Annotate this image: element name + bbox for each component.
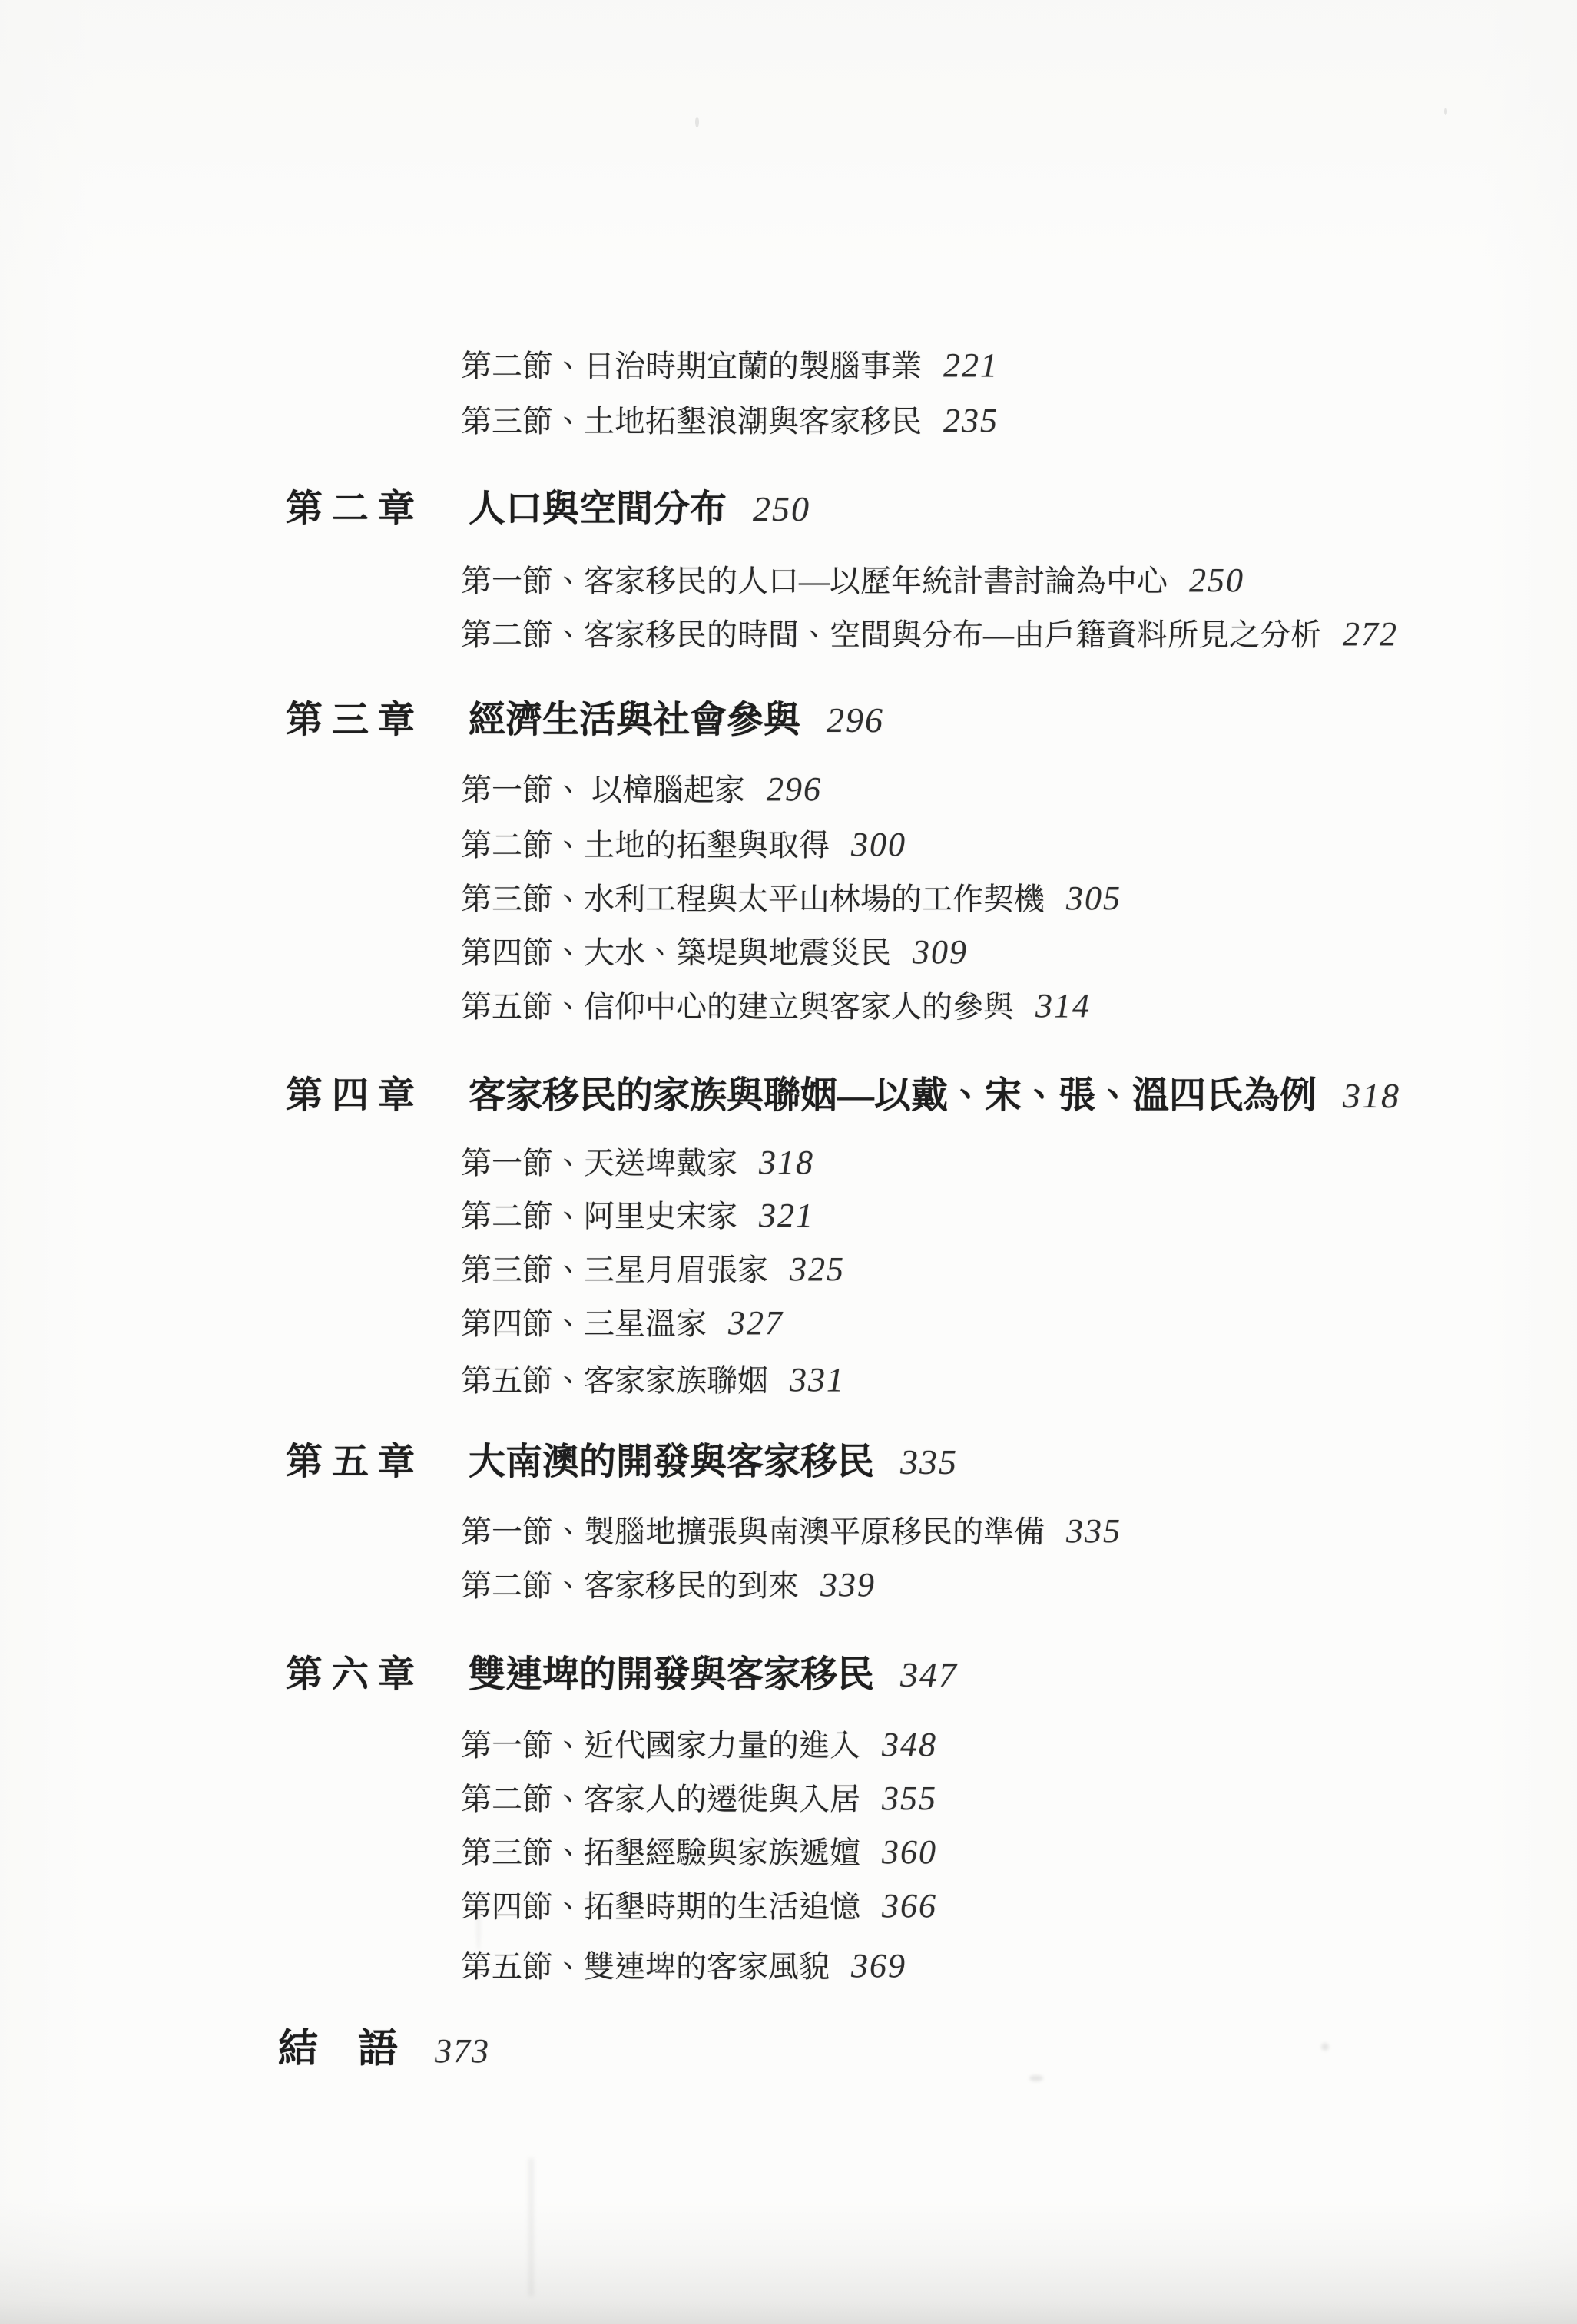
section-title: 第三節、水利工程與太平山林場的工作契機 bbox=[461, 883, 1045, 915]
section-title: 第一節、客家移民的人口—以歷年統計書討論為中心 bbox=[461, 565, 1168, 598]
conclusion-title: 結 語 bbox=[278, 2029, 398, 2071]
section-title: 第三節、三星月眉張家 bbox=[461, 1254, 768, 1286]
toc-chapter-row: 第五章大南澳的開發與客家移民335 bbox=[0, 1443, 1577, 1481]
page-number: 318 bbox=[1343, 1078, 1400, 1114]
section-title: 第四節、三星溫家 bbox=[461, 1308, 707, 1340]
chapter-title: 人口與空間分布 bbox=[469, 490, 727, 528]
chapter-number-label: 第五章 bbox=[286, 1443, 424, 1481]
toc-section-row: 第五節、客家家族聯姻331 bbox=[0, 1362, 1577, 1398]
page-number: 235 bbox=[943, 403, 999, 439]
section-title: 第四節、拓墾時期的生活追憶 bbox=[461, 1891, 860, 1923]
section-title: 第五節、客家家族聯姻 bbox=[461, 1365, 768, 1397]
chapter-number-label: 第六章 bbox=[286, 1656, 424, 1694]
toc-section-row: 第二節、客家移民的時間、空間與分布—由戶籍資料所見之分析272 bbox=[0, 617, 1577, 652]
page-number: 272 bbox=[1343, 617, 1398, 652]
page-number: 327 bbox=[728, 1306, 784, 1341]
chapter-number-label: 第三章 bbox=[286, 701, 424, 740]
toc-section-row: 第一節、製腦地擴張與南澳平原移民的準備335 bbox=[0, 1514, 1577, 1549]
page-number: 348 bbox=[882, 1727, 937, 1763]
section-title: 第四節、大水、築堤與地震災民 bbox=[461, 937, 891, 969]
page-number: 314 bbox=[1035, 988, 1091, 1024]
section-title: 第一節、 以樟腦起家 bbox=[461, 774, 745, 806]
toc-section-row: 第三節、三星月眉張家325 bbox=[0, 1252, 1577, 1287]
toc-section-row: 第四節、大水、築堤與地震災民309 bbox=[0, 935, 1577, 970]
toc-section-row: 第四節、三星溫家327 bbox=[0, 1306, 1577, 1341]
toc-section-row: 第一節、客家移民的人口—以歷年統計書討論為中心250 bbox=[0, 563, 1577, 598]
section-title: 第二節、客家移民的到來 bbox=[461, 1570, 799, 1602]
toc-section-row: 第二節、土地的拓墾與取得300 bbox=[0, 827, 1577, 862]
toc-chapter-row: 第二章人口與空間分布250 bbox=[0, 490, 1577, 528]
page-number: 296 bbox=[827, 702, 884, 739]
section-title: 第二節、土地的拓墾與取得 bbox=[461, 829, 830, 862]
page-number: 325 bbox=[790, 1252, 845, 1287]
table-of-contents: 第二節、日治時期宜蘭的製腦事業221第三節、土地拓墾浪潮與客家移民235第二章人… bbox=[0, 0, 1577, 2324]
section-title: 第二節、客家移民的時間、空間與分布—由戶籍資料所見之分析 bbox=[461, 619, 1321, 651]
toc-section-row: 第二節、客家移民的到來339 bbox=[0, 1568, 1577, 1603]
page-number: 309 bbox=[913, 935, 968, 970]
section-title: 第二節、客家人的遷徙與入居 bbox=[461, 1783, 860, 1816]
toc-chapter-row: 第六章雙連埤的開發與客家移民347 bbox=[0, 1656, 1577, 1694]
toc-section-row: 第三節、拓墾經驗與家族遞嬗360 bbox=[0, 1835, 1577, 1870]
page-number: 318 bbox=[759, 1145, 814, 1180]
page-number: 373 bbox=[435, 2034, 490, 2069]
section-title: 第三節、土地拓墾浪潮與客家移民 bbox=[461, 406, 922, 438]
page-number: 366 bbox=[882, 1889, 937, 1924]
chapter-title: 經濟生活與社會參與 bbox=[469, 701, 800, 740]
toc-chapter-row: 第四章客家移民的家族與聯姻—以戴、宋、張、溫四氏為例318 bbox=[0, 1077, 1577, 1115]
section-title: 第一節、製腦地擴張與南澳平原移民的準備 bbox=[461, 1516, 1045, 1548]
section-title: 第一節、天送埤戴家 bbox=[461, 1147, 737, 1180]
page-number: 321 bbox=[759, 1198, 814, 1233]
toc-section-row: 第三節、土地拓墾浪潮與客家移民235 bbox=[0, 403, 1577, 439]
toc-section-row: 第一節、天送埤戴家318 bbox=[0, 1145, 1577, 1180]
chapter-title: 大南澳的開發與客家移民 bbox=[469, 1443, 874, 1481]
page-number: 250 bbox=[1189, 563, 1244, 598]
chapter-number-label: 第二章 bbox=[286, 490, 424, 528]
toc-section-row: 第一節、 以樟腦起家296 bbox=[0, 772, 1577, 807]
page-number: 339 bbox=[820, 1568, 876, 1603]
page-number: 369 bbox=[851, 1948, 906, 1984]
page-number: 300 bbox=[851, 827, 906, 862]
toc-section-row: 第二節、客家人的遷徙與入居355 bbox=[0, 1781, 1577, 1816]
toc-chapter-row: 第三章經濟生活與社會參與296 bbox=[0, 701, 1577, 740]
page-number: 355 bbox=[882, 1781, 937, 1816]
page-number: 335 bbox=[1066, 1514, 1121, 1549]
section-title: 第五節、雙連埤的客家風貌 bbox=[461, 1951, 830, 1983]
page-number: 335 bbox=[900, 1444, 958, 1481]
toc-section-row: 第三節、水利工程與太平山林場的工作契機305 bbox=[0, 881, 1577, 916]
chapter-number-label: 第四章 bbox=[286, 1077, 424, 1115]
page-number: 331 bbox=[790, 1362, 845, 1398]
toc-section-row: 第四節、拓墾時期的生活追憶366 bbox=[0, 1889, 1577, 1924]
page-number: 221 bbox=[943, 348, 999, 383]
page-number: 250 bbox=[753, 491, 810, 528]
toc-section-row: 第二節、日治時期宜蘭的製腦事業221 bbox=[0, 348, 1577, 383]
section-title: 第五節、信仰中心的建立與客家人的參與 bbox=[461, 991, 1014, 1023]
chapter-title: 雙連埤的開發與客家移民 bbox=[469, 1656, 874, 1694]
toc-conclusion-row: 結 語373 bbox=[0, 2029, 1577, 2071]
section-title: 第二節、阿里史宋家 bbox=[461, 1200, 737, 1233]
section-title: 第二節、日治時期宜蘭的製腦事業 bbox=[461, 350, 922, 382]
page-number: 305 bbox=[1066, 881, 1121, 916]
chapter-title: 客家移民的家族與聯姻—以戴、宋、張、溫四氏為例 bbox=[469, 1077, 1317, 1115]
toc-section-row: 第五節、雙連埤的客家風貌369 bbox=[0, 1948, 1577, 1984]
toc-section-row: 第二節、阿里史宋家321 bbox=[0, 1198, 1577, 1233]
page-number: 347 bbox=[900, 1657, 958, 1693]
toc-section-row: 第一節、近代國家力量的進入348 bbox=[0, 1727, 1577, 1763]
page-number: 360 bbox=[882, 1835, 937, 1870]
scanned-toc-page: 第二節、日治時期宜蘭的製腦事業221第三節、土地拓墾浪潮與客家移民235第二章人… bbox=[0, 0, 1577, 2324]
section-title: 第三節、拓墾經驗與家族遞嬗 bbox=[461, 1837, 860, 1869]
page-number: 296 bbox=[767, 772, 822, 807]
section-title: 第一節、近代國家力量的進入 bbox=[461, 1730, 860, 1762]
toc-section-row: 第五節、信仰中心的建立與客家人的參與314 bbox=[0, 988, 1577, 1024]
